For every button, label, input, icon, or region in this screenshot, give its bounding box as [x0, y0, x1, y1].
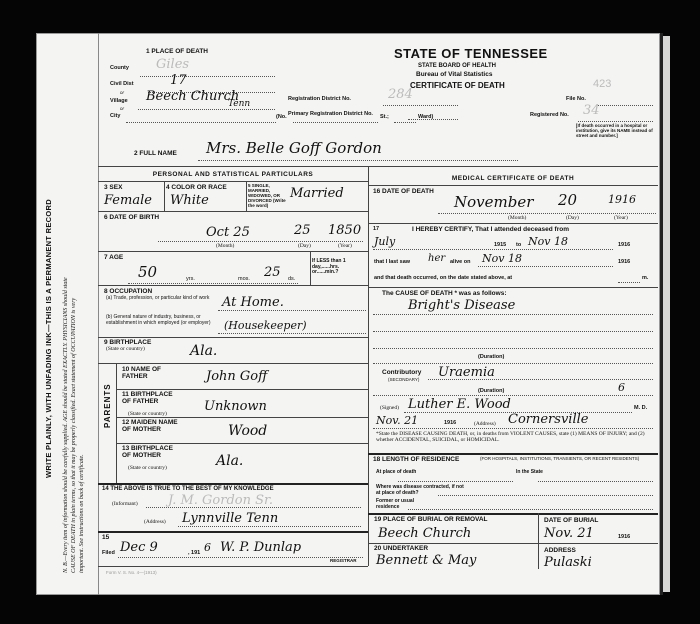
informant-heading: 14 THE ABOVE IS TRUE TO THE BEST OF MY K…	[102, 486, 274, 492]
ds-label: ds.	[288, 276, 295, 282]
marital-label: 5 SINGLE, MARRIED, WIDOWED, OR DIVORCED …	[248, 184, 290, 209]
father-birthplace-label: 11 BIRTHPLACE OF FATHER	[122, 391, 182, 405]
dob-month-value[interactable]: Oct 25	[206, 225, 250, 240]
residence-sub: (FOR HOSPITALS, INSTITUTIONS, TRANSIENTS…	[480, 457, 650, 462]
father-name-label: 10 NAME OF FATHER	[122, 366, 182, 380]
form-footer: Form V. S. No. 4—(1913)	[106, 571, 157, 576]
nb-note-line-3: important. See instructions on back of c…	[79, 454, 85, 573]
medical-heading: MEDICAL CERTIFICATE OF DEATH	[368, 175, 658, 182]
signed-value[interactable]: Luther E. Wood	[408, 397, 511, 412]
village-value[interactable]: Beech Church	[146, 89, 239, 104]
contrib-duration-mos-value[interactable]: 6	[618, 381, 625, 394]
village-extra: Tenn	[228, 99, 250, 109]
occ-b-value[interactable]: (Housekeeper)	[224, 319, 307, 332]
burial-date-value[interactable]: Nov. 21	[544, 526, 594, 541]
mother-birthplace-label: 13 BIRTHPLACE OF MOTHER	[122, 445, 182, 459]
county-label: County	[110, 65, 129, 71]
occ-b-label: (b) General nature of industry, business…	[106, 315, 221, 326]
residence-label: 18 LENGTH OF RESIDENCE	[373, 456, 459, 463]
less-than-label: If LESS than 1 day,......hrs. or......mi…	[312, 259, 366, 276]
street-no-label: (No.	[276, 114, 287, 120]
death-certificate: WRITE PLAINLY, WITH UNFADING INK—THIS IS…	[36, 33, 663, 595]
birthplace-value[interactable]: Ala.	[190, 343, 217, 359]
color-value[interactable]: White	[170, 193, 209, 208]
year-caption: (Year)	[614, 215, 628, 221]
last-saw-year[interactable]: 1916	[618, 259, 630, 265]
day-caption: (Day)	[566, 215, 579, 221]
dob-year-value[interactable]: 1850	[328, 223, 361, 238]
birthplace-sub: (State or country)	[106, 346, 145, 352]
contributory-value[interactable]: Uraemia	[438, 365, 495, 380]
informant-value[interactable]: J. M. Gordon Sr.	[168, 493, 273, 508]
or-text: or	[120, 107, 124, 112]
undertaker-address-value[interactable]: Pulaski	[544, 555, 592, 570]
burial-place-label: 19 PLACE OF BURIAL OR REMOVAL	[374, 516, 488, 523]
state-title: STATE OF TENNESSEE	[394, 46, 548, 61]
to-label: to	[516, 242, 521, 248]
certificate-form: STATE OF TENNESSEE STATE BOARD OF HEALTH…	[98, 33, 660, 595]
attended-to-value[interactable]: Nov 18	[528, 235, 568, 248]
personal-heading: PERSONAL AND STATISTICAL PARTICULARS	[98, 171, 368, 178]
stamp-number: 423	[593, 78, 611, 90]
occupation-label: 8 OCCUPATION	[104, 288, 152, 295]
filed-year-value[interactable]: 6	[204, 541, 211, 554]
filed-by-value[interactable]: W. P. Dunlap	[220, 540, 301, 555]
attended-from-value[interactable]: July	[374, 235, 395, 248]
day-caption: (Day)	[298, 243, 311, 249]
last-saw-pronoun[interactable]: her	[428, 253, 445, 264]
month-caption: (Month)	[508, 215, 526, 221]
occurred-text: and that death occurred, on the date sta…	[374, 275, 512, 281]
file-no-label: File No.	[566, 96, 586, 102]
occ-a-label: (a) Trade, profession, or particular kin…	[106, 296, 216, 302]
certificate-title: CERTIFICATE OF DEATH	[410, 81, 505, 90]
marital-value[interactable]: Married	[290, 186, 344, 201]
alive-on-label: alive on	[450, 259, 470, 265]
color-label: 4 COLOR OR RACE	[166, 184, 227, 191]
or-text: or	[120, 91, 124, 96]
parents-label: PARENTS	[103, 383, 112, 428]
dob-day-value[interactable]: 25	[294, 223, 311, 238]
county-value[interactable]: Giles	[156, 57, 189, 72]
filed-number: 15	[102, 534, 109, 541]
contrib-duration-label: (Duration)	[478, 388, 504, 394]
civil-dist-label: Civil Dist	[110, 81, 134, 87]
full-name-label: 2 FULL NAME	[134, 150, 177, 157]
dob-label: 6 DATE OF BIRTH	[104, 214, 159, 221]
age-label: 7 AGE	[104, 254, 123, 261]
occ-a-value[interactable]: At Home.	[222, 295, 284, 310]
reg-district-label: Registration District No.	[288, 96, 351, 102]
reg-district-value[interactable]: 284	[388, 87, 413, 102]
board-title: STATE BOARD OF HEALTH	[418, 63, 496, 69]
yrs-label: yrs.	[186, 276, 195, 282]
place-of-death-heading: 1 PLACE OF DEATH	[146, 48, 208, 55]
civil-dist-value[interactable]: 17	[170, 73, 187, 88]
burial-year[interactable]: 1916	[618, 534, 630, 540]
age-years-value[interactable]: 50	[138, 263, 157, 281]
m-label: m.	[642, 275, 648, 281]
signed-label: (Signed)	[380, 405, 399, 411]
in-state-label: In the State	[516, 470, 556, 476]
mother-maiden-label: 12 MAIDEN NAME OF MOTHER	[122, 419, 182, 433]
signed-year[interactable]: 1916	[444, 420, 456, 426]
sex-value[interactable]: Female	[104, 193, 152, 208]
sex-label: 3 SEX	[104, 184, 122, 191]
undertaker-address-label: ADDRESS	[544, 547, 576, 554]
age-days-value[interactable]: 25	[264, 265, 281, 280]
ink-instruction: WRITE PLAINLY, WITH UNFADING INK—THIS IS…	[44, 199, 53, 478]
informant-address-label: (Address)	[144, 519, 166, 525]
father-name-value[interactable]: John Goff	[206, 369, 267, 384]
mos-label: mos.	[238, 276, 250, 282]
registrar-label: REGISTRAR	[330, 559, 357, 564]
primary-reg-label: Primary Registration District No.	[288, 111, 373, 117]
hospital-note: [If death occurred in a hospital or inst…	[576, 124, 656, 139]
month-caption: (Month)	[216, 243, 234, 249]
street-label: St.;	[380, 114, 389, 120]
filed-date-value[interactable]: Dec 9	[120, 540, 158, 555]
filed-label: Filed	[102, 550, 115, 556]
cause-label: The CAUSE OF DEATH * was as follows:	[382, 290, 506, 297]
dod-year-value[interactable]: 1916	[608, 193, 636, 206]
undertaker-label: 20 UNDERTAKER	[374, 545, 428, 552]
burial-place-value[interactable]: Beech Church	[378, 526, 471, 541]
md-label: M. D.	[634, 405, 647, 411]
father-birthplace-value[interactable]: Unknown	[204, 399, 267, 414]
dod-day-value[interactable]: 20	[558, 191, 577, 209]
secondary-label: (SECONDARY)	[388, 378, 419, 383]
year-caption: (Year)	[338, 243, 352, 249]
contributory-label: Contributory	[382, 369, 421, 376]
certify-number: 17	[373, 226, 379, 232]
burial-date-label: DATE OF BURIAL	[544, 517, 598, 524]
dod-label: 16 DATE OF DEATH	[373, 188, 434, 195]
city-label: City	[110, 113, 120, 119]
duration-label: (Duration)	[478, 354, 504, 360]
undertaker-value[interactable]: Bennett & May	[376, 553, 476, 568]
last-saw-date-value[interactable]: Nov 18	[482, 252, 522, 265]
dod-month-value[interactable]: November	[454, 193, 533, 211]
last-saw-label: that I last saw	[374, 259, 410, 265]
nb-note-line-2: CAUSE OF DEATH in plain terms, so that i…	[71, 298, 77, 573]
bureau-title: Bureau of Vital Statistics	[416, 71, 492, 78]
birthplace-label: 9 BIRTHPLACE	[104, 339, 151, 346]
registered-no-value[interactable]: 34	[583, 103, 600, 118]
certify-text: I HEREBY CERTIFY, That I attended deceas…	[412, 226, 569, 233]
attended-to-year[interactable]: 1916	[618, 242, 630, 248]
signed-address-label: (Address)	[474, 421, 496, 427]
attended-from-year[interactable]: 1915	[494, 242, 506, 248]
mother-birthplace-value[interactable]: Ala.	[216, 453, 243, 469]
cause-footnote: *State the DISEASE CAUSING DEATH, or, in…	[376, 431, 654, 444]
informant-address-value[interactable]: Lynnville Tenn	[182, 511, 278, 526]
mother-maiden-value[interactable]: Wood	[228, 423, 267, 439]
at-place-label: At place of death	[376, 470, 426, 476]
informant-label: (Informant)	[112, 501, 138, 507]
signed-address-value[interactable]: Cornersville	[508, 412, 588, 427]
left-margin: WRITE PLAINLY, WITH UNFADING INK—THIS IS…	[36, 33, 99, 595]
mother-birthplace-sub: (State or country)	[128, 465, 167, 471]
cause-value[interactable]: Bright's Disease	[408, 298, 515, 313]
signed-date-value[interactable]: Nov. 21	[376, 414, 418, 427]
village-label: Village	[110, 98, 128, 104]
nb-note-line-1: N. B.—Every item of information should b…	[63, 277, 69, 573]
full-name-value[interactable]: Mrs. Belle Goff Gordon	[206, 139, 382, 157]
registered-no-label: Registered No.	[530, 112, 569, 118]
